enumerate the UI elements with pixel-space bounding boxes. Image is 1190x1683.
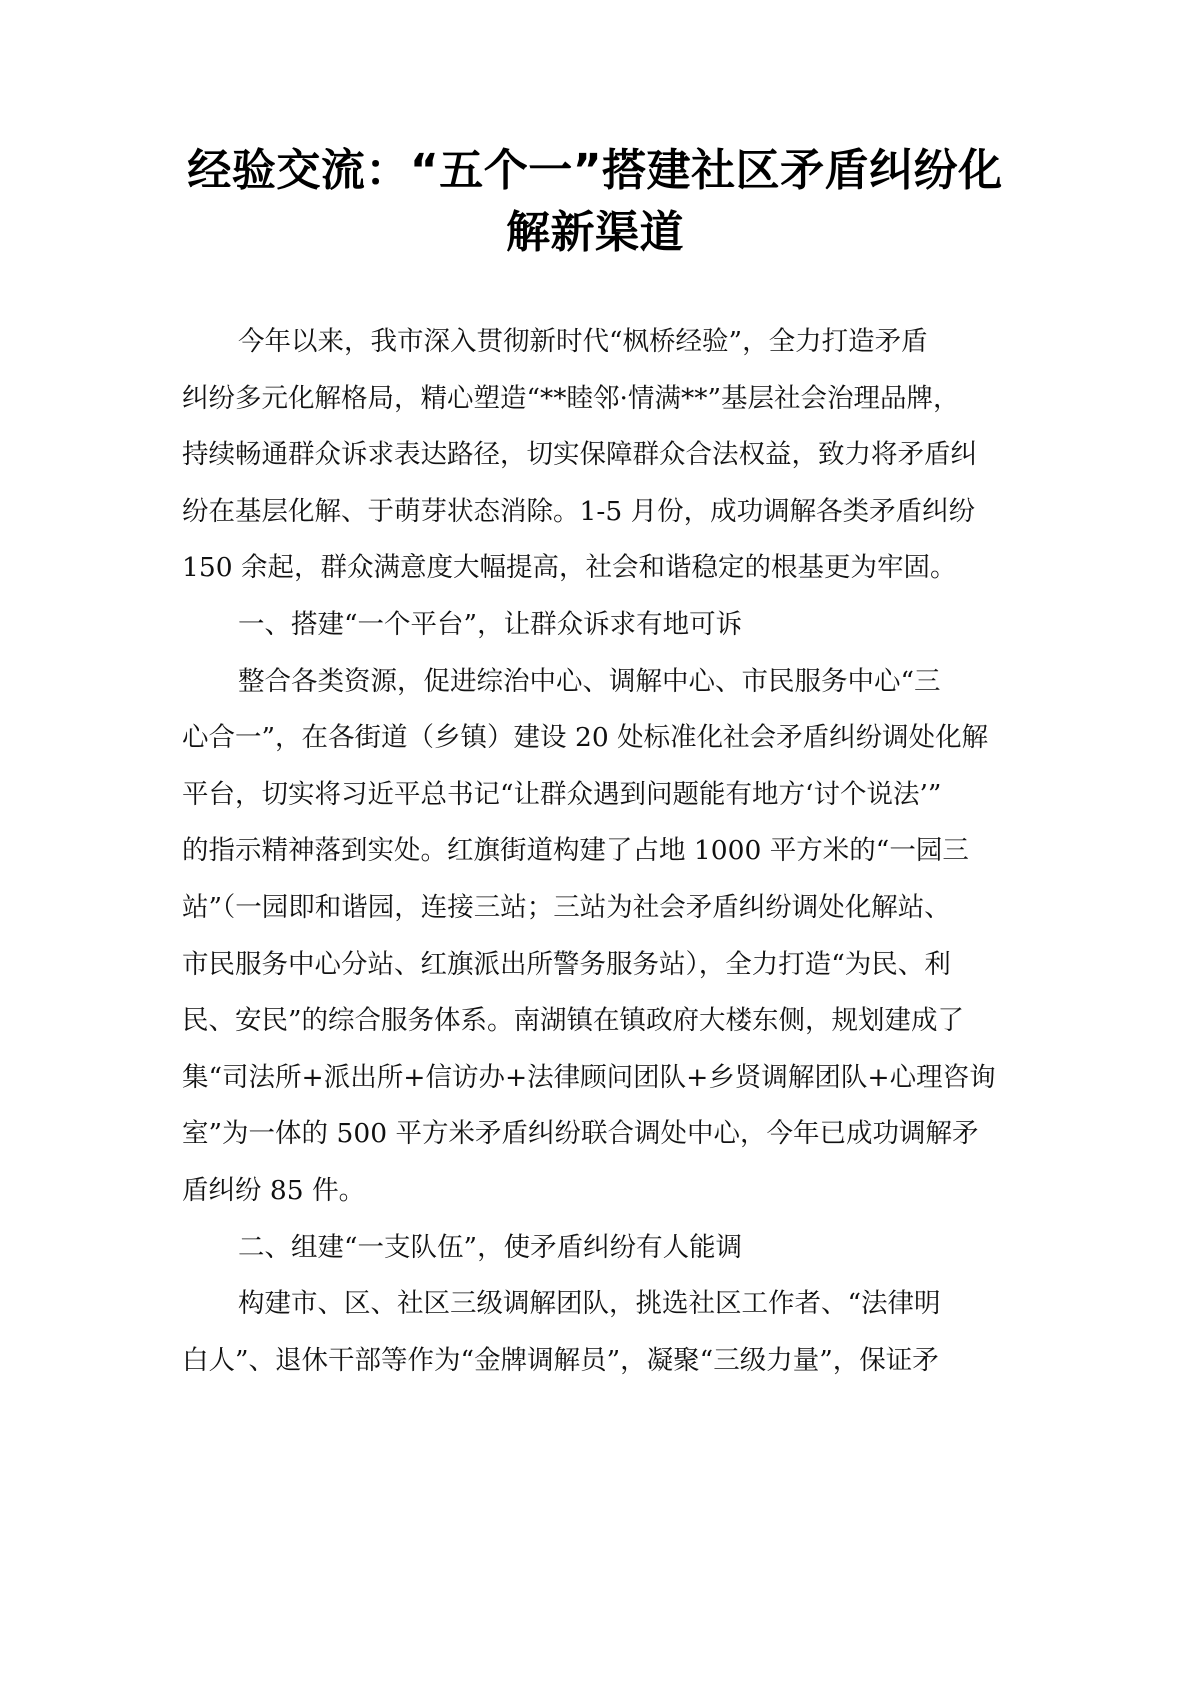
- section-heading-1: 一、搭建“一个平台”，让群众诉求有地可诉: [182, 597, 1010, 654]
- paragraph-intro-line: 150 余起，群众满意度大幅提高，社会和谐稳定的根基更为牢固。: [182, 540, 1010, 597]
- paragraph-section1-line: 整合各类资源，促进综治中心、调解中心、市民服务中心“三: [182, 654, 1010, 711]
- paragraph-section2-line: 白人”、退休干部等作为“金牌调解员”，凝聚“三级力量”，保证矛: [182, 1333, 1010, 1390]
- paragraph-intro-line: 纷在基层化解、于萌芽状态消除。1-5 月份，成功调解各类矛盾纠纷: [182, 484, 1010, 541]
- document-page: 经验交流：“五个一”搭建社区矛盾纠纷化 解新渠道 今年以来，我市深入贯彻新时代“…: [0, 0, 1190, 1683]
- paragraph-section1-line: 集“司法所+派出所+信访办+法律顾问团队+乡贤调解团队+心理咨询: [182, 1050, 1010, 1107]
- paragraph-intro-line: 纠纷多元化解格局，精心塑造“**睦邻·情满**”基层社会治理品牌，: [182, 371, 1010, 428]
- paragraph-section1-line: 心合一”，在各街道（乡镇）建设 20 处标准化社会矛盾纠纷调处化解: [182, 710, 1010, 767]
- document-body: 今年以来，我市深入贯彻新时代“枫桥经验”，全力打造矛盾 纠纷多元化解格局，精心塑…: [182, 314, 1010, 1389]
- paragraph-section1-line: 民、安民”的综合服务体系。南湖镇在镇政府大楼东侧，规划建成了: [182, 993, 1010, 1050]
- paragraph-intro-line: 今年以来，我市深入贯彻新时代“枫桥经验”，全力打造矛盾: [182, 314, 1010, 371]
- section-heading-2: 二、组建“一支队伍”，使矛盾纠纷有人能调: [182, 1220, 1010, 1277]
- paragraph-section1-line: 平台，切实将习近平总书记“让群众遇到问题能有地方‘讨个说法’”: [182, 767, 1010, 824]
- paragraph-section1-line: 的指示精神落到实处。红旗街道构建了占地 1000 平方米的“一园三: [182, 823, 1010, 880]
- paragraph-section2-line: 构建市、区、社区三级调解团队，挑选社区工作者、“法律明: [182, 1276, 1010, 1333]
- document-title: 经验交流：“五个一”搭建社区矛盾纠纷化 解新渠道: [150, 140, 1040, 264]
- title-line-2: 解新渠道: [150, 202, 1040, 264]
- paragraph-section1-line: 室”为一体的 500 平方米矛盾纠纷联合调处中心，今年已成功调解矛: [182, 1106, 1010, 1163]
- paragraph-section1-line: 市民服务中心分站、红旗派出所警务服务站），全力打造“为民、利: [182, 937, 1010, 994]
- paragraph-section1-line: 站”（一园即和谐园，连接三站；三站为社会矛盾纠纷调处化解站、: [182, 880, 1010, 937]
- paragraph-intro-line: 持续畅通群众诉求表达路径，切实保障群众合法权益，致力将矛盾纠: [182, 427, 1010, 484]
- paragraph-section1-line: 盾纠纷 85 件。: [182, 1163, 1010, 1220]
- title-line-1: 经验交流：“五个一”搭建社区矛盾纠纷化: [150, 140, 1040, 202]
